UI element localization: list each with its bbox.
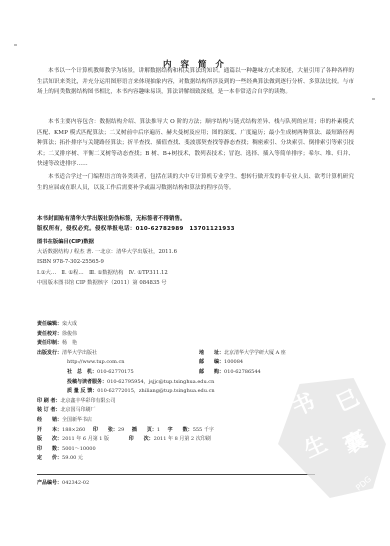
piracy-report-line: 版权所有，侵权必究。侵权举报电话：010-62782989 1370112193… bbox=[37, 224, 235, 234]
credit-label: 邮 编： bbox=[199, 359, 224, 365]
credit-value: 2011 年 8 月第 2 次印刷 bbox=[154, 436, 211, 442]
credit-website-row: http://www.tup.com.cn 邮 编：100084 bbox=[37, 358, 367, 368]
intro-paragraph-2: 本书主要内容包含：数据结构介绍、算法推导大 O 阶的方法；顺序结构与链式结构差异… bbox=[37, 117, 354, 170]
credit-value: 5001～10000 bbox=[62, 446, 96, 452]
credit-value: 徐俊伟 bbox=[62, 331, 77, 337]
credit-value: 010-62786544 bbox=[224, 369, 261, 375]
credit-proofreader: 责任校对：徐俊伟 bbox=[37, 330, 367, 340]
document-page: 内 容 简 介 本书以一个计算机教师教学为场景，讲解数据结构和相关算法的知识。通… bbox=[0, 0, 390, 546]
credit-value: 2011 年 6 月第 1 版 bbox=[62, 436, 109, 442]
credit-label: 定 价： bbox=[37, 455, 62, 461]
credit-label: 印 刷 者： bbox=[37, 398, 60, 404]
credit-value: 北京国马印刷厂 bbox=[60, 407, 95, 413]
credit-label: 字 数： bbox=[168, 427, 193, 433]
cip-line-isbn: ISBN 978-7-302-25565-9 bbox=[37, 257, 177, 267]
credit-value: 1 bbox=[157, 427, 160, 433]
watermark-glyph: 生 bbox=[298, 427, 331, 464]
credit-value: 全国新华书店 bbox=[62, 417, 92, 423]
credit-editor: 责任编辑：栾大成 bbox=[37, 320, 367, 330]
credit-value: 清华大学出版社 bbox=[62, 350, 97, 356]
credit-value: 29 bbox=[118, 427, 124, 433]
credit-label: 出版发行： bbox=[37, 350, 62, 356]
credit-address: 地 址：北京清华大学学研大厦 A 座 bbox=[199, 349, 286, 359]
credit-value: 北京鑫丰华彩印有限公司 bbox=[60, 398, 115, 404]
credit-value: 杨 艳 bbox=[62, 340, 77, 346]
credit-label: 质 量 反 馈： bbox=[67, 388, 97, 394]
credit-value: 188×260 bbox=[62, 427, 85, 433]
credit-label: 印 数： bbox=[37, 446, 62, 452]
credit-label: 社 总 机： bbox=[67, 369, 97, 375]
credit-label: 责任编辑： bbox=[37, 321, 62, 327]
credit-mail-order: 邮 购：010-62786544 bbox=[199, 368, 261, 378]
product-code-label: 产品编号： bbox=[37, 480, 62, 486]
cip-line-title-author: 大话数据结构 / 程杰 著. 一北京：清华大学出版社，2011.6 bbox=[37, 247, 177, 257]
cip-line-classification: Ⅰ.①大… Ⅱ. ①程… Ⅲ. ①数据结构 Ⅳ. ①TP311.12 bbox=[37, 268, 177, 278]
credit-label: 责任校对： bbox=[37, 331, 62, 337]
credit-switchboard-row: 社 总 机：010-62770175 邮 购：010-62786544 bbox=[37, 368, 367, 378]
copyright-notice: 本书封面贴有清华大学出版社防伪标签，无标签者不得销售。 版权所有，侵权必究。侵权… bbox=[37, 214, 235, 234]
credit-printing-supervisor: 责任印制：杨 艳 bbox=[37, 339, 367, 349]
horizontal-divider bbox=[37, 474, 315, 475]
credit-label: 经 销： bbox=[37, 417, 62, 423]
scan-speck bbox=[14, 44, 17, 46]
anti-counterfeit-notice: 本书封面贴有清华大学出版社防伪标签，无标签者不得销售。 bbox=[37, 214, 235, 224]
credit-value: 北京清华大学学研大厦 A 座 bbox=[224, 350, 286, 356]
credit-value: 栾大成 bbox=[62, 321, 77, 327]
credit-value: 010-62795954，jsjjc@tup.tsinghua.edu.cn bbox=[107, 379, 214, 385]
credit-value: 010-62772015，zhiliang@tup.tsinghua.edu.c… bbox=[97, 388, 214, 394]
product-code-value: 042342-02 bbox=[62, 480, 89, 486]
credit-value: 100084 bbox=[224, 359, 243, 365]
credit-value: 59.00 元 bbox=[62, 455, 83, 461]
publisher-website: http://www.tup.com.cn bbox=[67, 359, 125, 365]
credit-label: 开 本： bbox=[37, 427, 62, 433]
watermark-pdg-text: PDG bbox=[354, 475, 373, 493]
intro-paragraph-3: 本书适合学过一门编程语言的各类读者，包括在读的大中专计算机专业学生、想转行做开发… bbox=[37, 172, 354, 193]
credit-label: 印 次： bbox=[129, 436, 154, 442]
scan-speck bbox=[372, 98, 375, 100]
credit-label: 装 订 者： bbox=[37, 407, 60, 413]
credit-publisher: 出版发行：清华大学出版社 地 址：北京清华大学学研大厦 A 座 bbox=[37, 349, 367, 359]
product-code: 产品编号：042342-02 bbox=[37, 479, 89, 486]
credit-postcode: 邮 编：100084 bbox=[199, 358, 243, 368]
cip-title: 图书在版编目(CIP)数据 bbox=[37, 237, 177, 247]
credit-label: 插 页： bbox=[132, 427, 157, 433]
credit-label: 责任印制： bbox=[37, 340, 62, 346]
credit-value: 555 千字 bbox=[193, 427, 214, 433]
credit-label: 邮 购： bbox=[199, 369, 224, 375]
intro-paragraph-1: 本书以一个计算机教师教学为场景，讲解数据结构和相关算法的知识。通篇以一种趣味方式… bbox=[37, 66, 354, 98]
cip-data-block: 图书在版编目(CIP)数据 大话数据结构 / 程杰 著. 一北京：清华大学出版社… bbox=[37, 237, 177, 288]
credit-value: 010-62770175 bbox=[97, 369, 134, 375]
watermark-glyph: 囊 bbox=[338, 423, 371, 460]
cip-line-record-number: 中国版本图书馆 CIP 数据核字（2011）第 084835 号 bbox=[37, 278, 177, 288]
credit-label: 印 张： bbox=[93, 427, 118, 433]
credit-label: 投稿与读者服务： bbox=[67, 379, 107, 385]
credit-label: 版 次： bbox=[37, 436, 62, 442]
credit-label: 地 址： bbox=[199, 350, 224, 356]
